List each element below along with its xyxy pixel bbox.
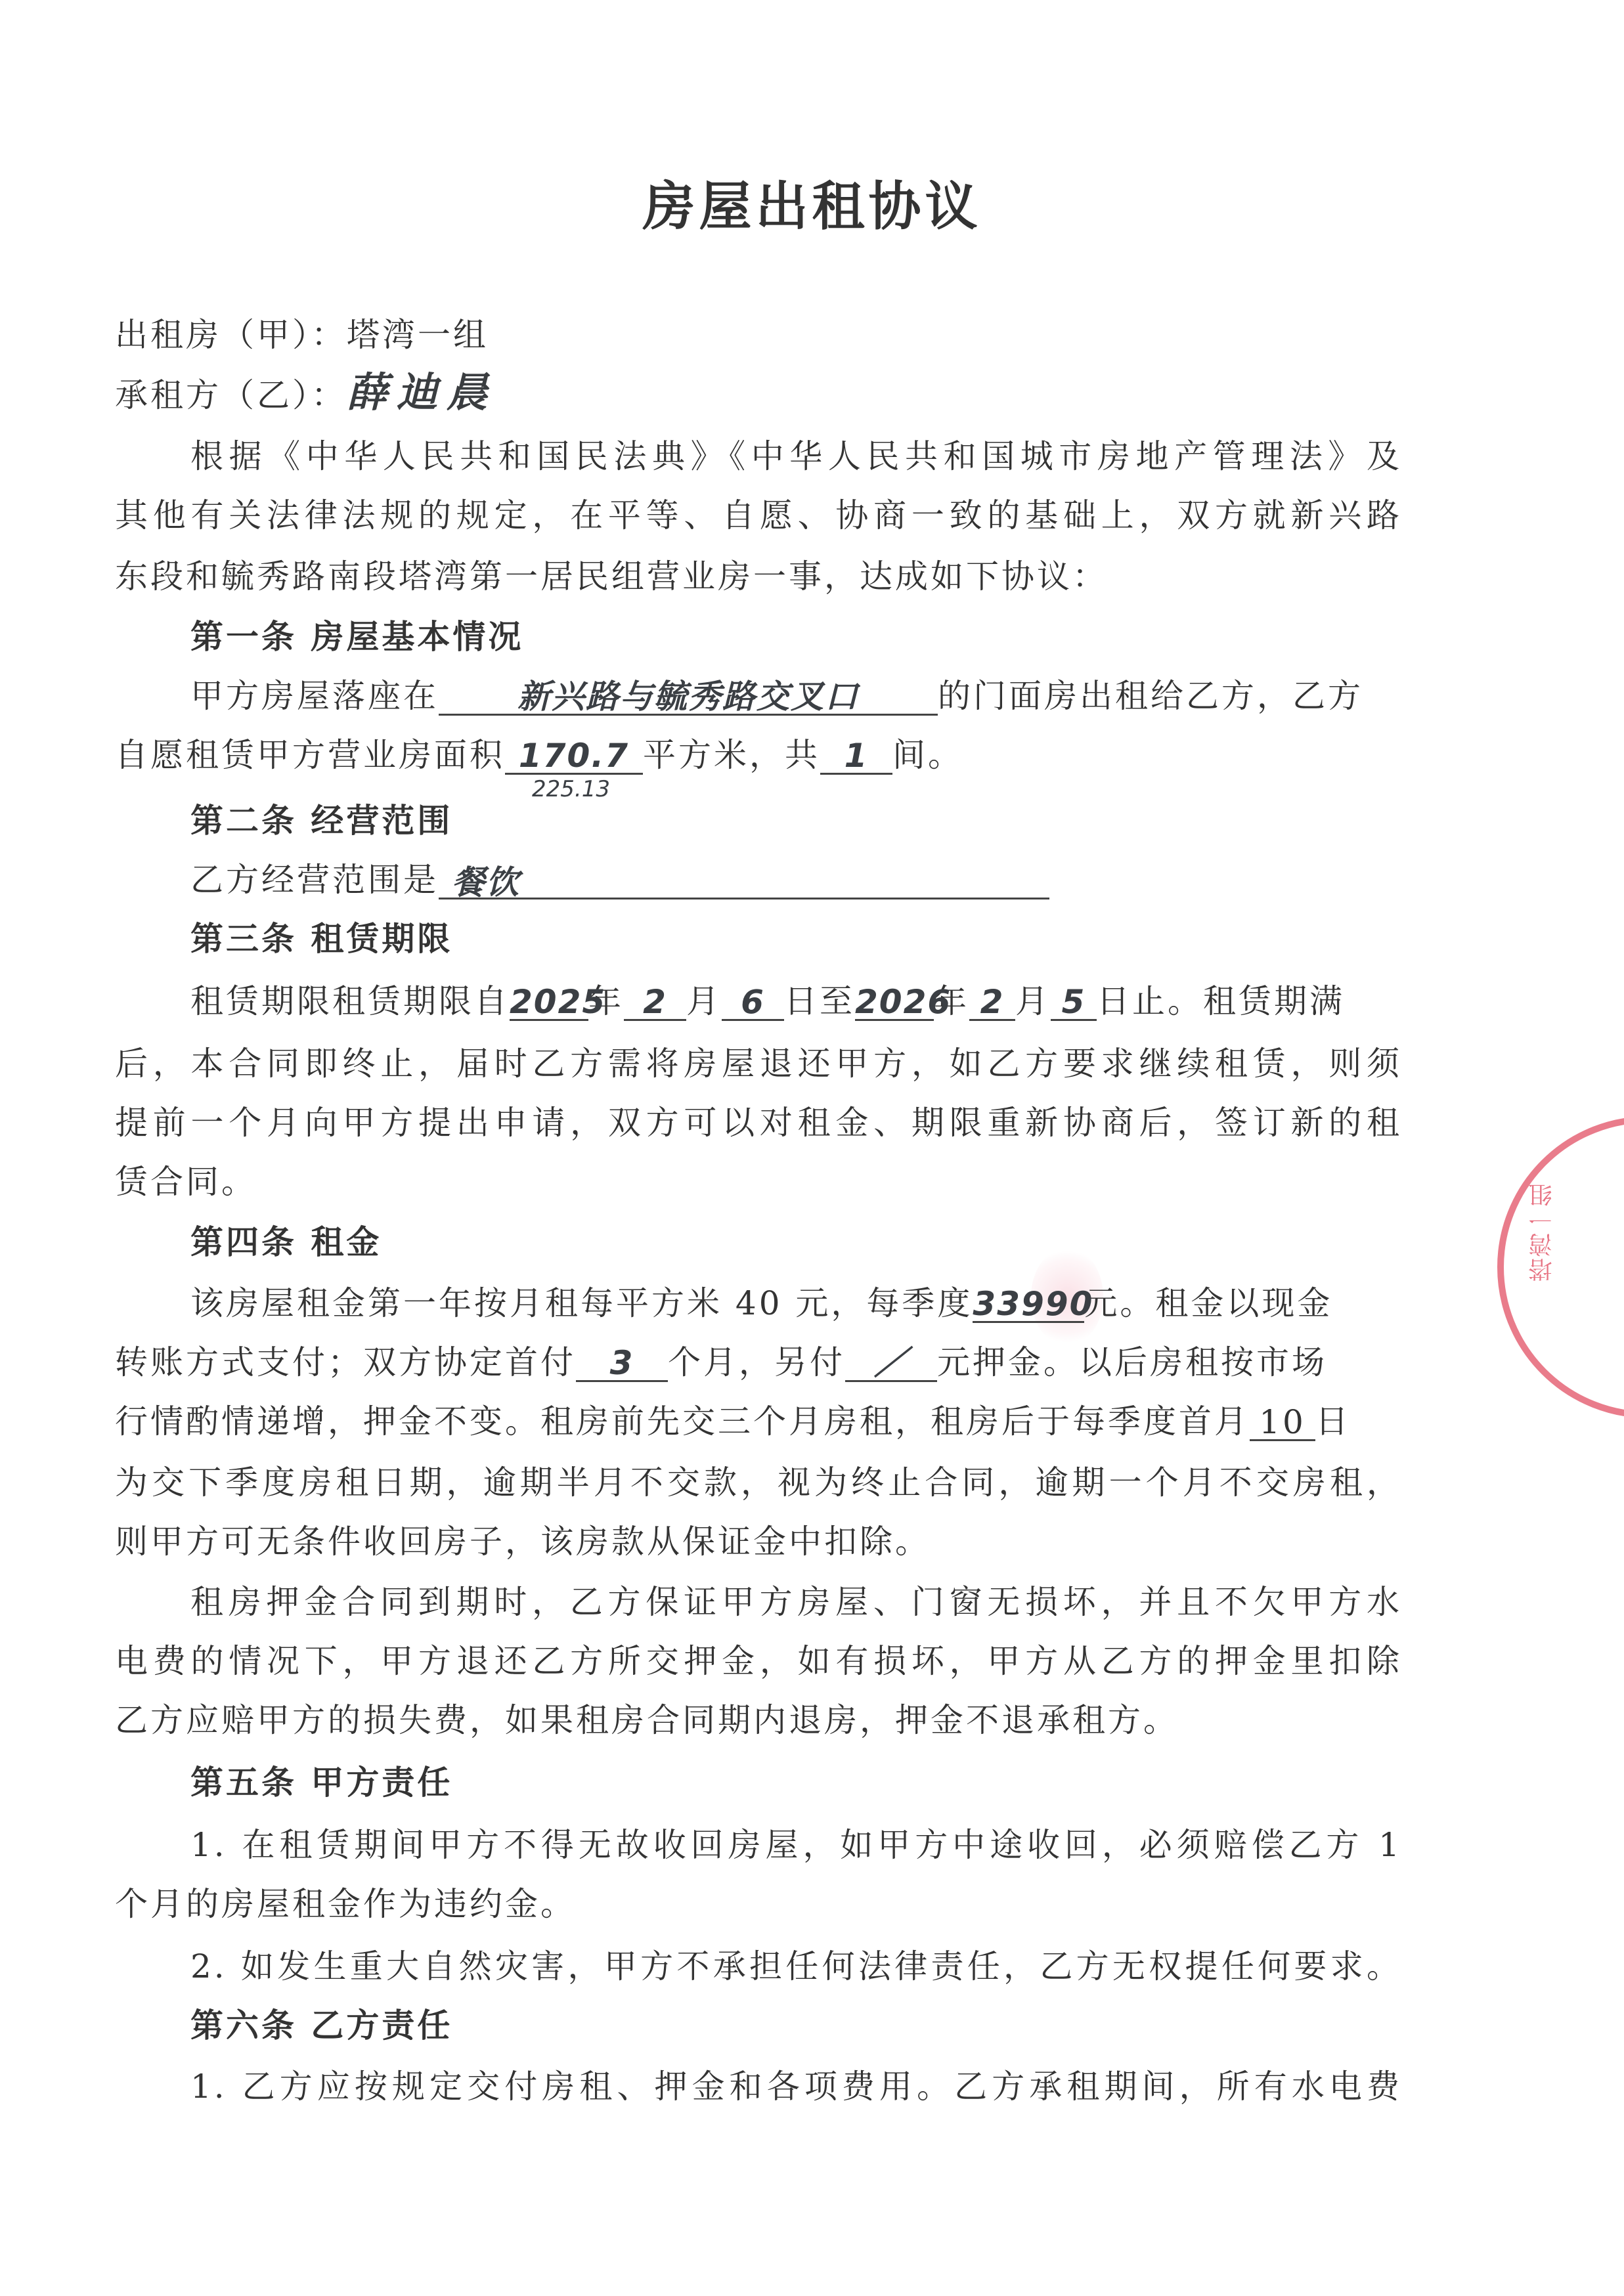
lessee-label: 承租方（乙）： [115, 376, 347, 414]
article-5-heading: 第五条 甲方责任 [190, 1763, 452, 1802]
article-1-line-2: 自愿租赁甲方营业房面积170.7平方米，共1间。 [115, 735, 1402, 775]
first-payment-months-field: 3 [576, 1343, 668, 1382]
article-2-heading: 第二条 经营范围 [190, 801, 452, 840]
rent-label: 该房屋租金第一年按月租每平方米 40 元，每季度 [190, 1284, 973, 1322]
start-month-field: 2 [624, 982, 686, 1021]
article-3-line-3: 提前一个月向甲方提出申请，双方可以对租金、期限重新协商后，签订新的租 [115, 1103, 1402, 1142]
article-4-para2-line-1: 租房押金合同到期时，乙方保证甲方房屋、门窗无损坏，并且不欠甲方水 [190, 1582, 1402, 1622]
article-2-line: 乙方经营范围是餐饮 [190, 860, 1402, 899]
lessor-line: 出租房（甲）：塔湾一组 [115, 315, 1402, 355]
article-4-line-4: 为交下季度房租日期，逾期半月不交款，视为终止合同，逾期一个月不交房租， [115, 1463, 1402, 1502]
preamble-line-3: 东段和毓秀路南段塔湾第一居民组营业房一事，达成如下协议： [115, 557, 1402, 596]
article-4-para2-line-3: 乙方应赔甲方的损失费，如果租房合同期内退房，押金不退承租方。 [115, 1700, 1402, 1740]
contract-page: 房屋出租协议 出租房（甲）：塔湾一组 承租方（乙）：薛迪晨 根据《中华人民共和国… [0, 0, 1624, 2296]
deposit-suffix: 元押金。以后房租按市场 [937, 1343, 1327, 1381]
end-month-field: 2 [969, 982, 1015, 1021]
due-day-field: 10 [1250, 1402, 1315, 1441]
location-field: 新兴路与毓秀路交叉口 [439, 677, 938, 716]
month-label: 月 [1015, 982, 1051, 1020]
article-1-line-1: 甲方房屋落座在新兴路与毓秀路交叉口的门面房出租给乙方，乙方 [190, 676, 1402, 716]
article-1-heading: 第一条 房屋基本情况 [190, 617, 523, 657]
first-payment-label: 转账方式支付；双方协定首付 [115, 1343, 576, 1381]
official-seal-text: 塔湾一组 [1530, 1182, 1583, 1282]
area-label: 自愿租赁甲方营业房面积 [115, 736, 505, 774]
article-4-line-3: 行情酌情递增，押金不变。租房前先交三个月房租，租房后于每季度首月10日 [115, 1402, 1402, 1441]
area-correction-note: 225.13 [532, 776, 610, 802]
document-title: 房屋出租协议 [0, 164, 1624, 240]
article-3-line-1: 租赁期限租赁期限自2025年2月6日至2026年2月5日止。租赁期满 [190, 982, 1402, 1021]
location-suffix: 的门面房出租给乙方，乙方 [938, 677, 1363, 715]
start-year-field: 2025 [510, 982, 588, 1021]
lessee-signature: 薛迪晨 [347, 368, 496, 416]
article-5-item-1-line-2: 个月的房屋租金作为违约金。 [115, 1884, 1402, 1924]
article-4-line-5: 则甲方可无条件收回房子，该房款从保证金中扣除。 [115, 1522, 1402, 1561]
deposit-field: ／ [845, 1343, 937, 1382]
start-day-field: 6 [722, 982, 784, 1021]
article-5-item-2: 2. 如发生重大自然灾害，甲方不承担任何法律责任，乙方无权提任何要求。 [190, 1947, 1402, 1986]
area-unit-label: 平方米，共 [643, 736, 820, 774]
rooms-field: 1 [820, 736, 892, 775]
term-suffix: 日止。租赁期满 [1097, 982, 1345, 1020]
preamble-line-2: 其他有关法律法规的规定，在平等、自愿、协商一致的基础上，双方就新兴路 [115, 496, 1402, 535]
article-5-item-1-line-1: 1. 在租赁期间甲方不得无故收回房屋，如甲方中途收回，必须赔偿乙方 1 [190, 1825, 1402, 1865]
lessee-line: 承租方（乙）：薛迪晨 [115, 373, 1402, 415]
article-4-line-1: 该房屋租金第一年按月租每平方米 40 元，每季度33990元。租金以现金 [190, 1284, 1402, 1323]
article-4-heading: 第四条 租金 [190, 1223, 382, 1262]
due-day-label: 行情酌情递增，押金不变。租房前先交三个月房租，租房后于每季度首月 [115, 1402, 1250, 1440]
end-year-field: 2026 [855, 982, 934, 1021]
quarterly-rent-field: 33990 [973, 1284, 1084, 1323]
lessor-label: 出租房（甲）： [115, 316, 347, 354]
day-to-label: 日至 [784, 982, 855, 1020]
deposit-label: 个月，另付 [668, 1343, 845, 1381]
due-day-suffix: 日 [1315, 1402, 1351, 1440]
rooms-unit-label: 间。 [892, 736, 963, 774]
scope-label: 乙方经营范围是 [190, 861, 439, 899]
rent-suffix: 元。租金以现金 [1084, 1284, 1332, 1322]
preamble-line-1: 根据《中华人民共和国民法典》《中华人民共和国城市房地产管理法》及 [190, 437, 1402, 476]
article-4-para2-line-2: 电费的情况下，甲方退还乙方所交押金，如有损坏，甲方从乙方的押金里扣除 [115, 1641, 1402, 1681]
lessor-value: 塔湾一组 [347, 316, 489, 354]
article-3-heading: 第三条 租赁期限 [190, 919, 452, 959]
article-3-line-2: 后，本合同即终止，届时乙方需将房屋退还甲方，如乙方要求继续租赁，则须 [115, 1044, 1402, 1083]
article-6-item-1-line-1: 1. 乙方应按规定交付房租、押金和各项费用。乙方承租期间，所有水电费 [190, 2067, 1402, 2106]
area-field: 170.7 [505, 736, 643, 775]
term-label: 租赁期限租赁期限自 [190, 982, 510, 1020]
scope-field: 餐饮 [439, 863, 1049, 899]
article-4-line-2: 转账方式支付；双方协定首付3个月，另付／元押金。以后房租按市场 [115, 1343, 1402, 1382]
article-3-line-4: 赁合同。 [115, 1162, 1402, 1202]
article-6-heading: 第六条 乙方责任 [190, 2006, 452, 2045]
end-day-field: 5 [1051, 982, 1097, 1021]
location-label: 甲方房屋落座在 [190, 677, 439, 715]
month-label: 月 [686, 982, 722, 1020]
